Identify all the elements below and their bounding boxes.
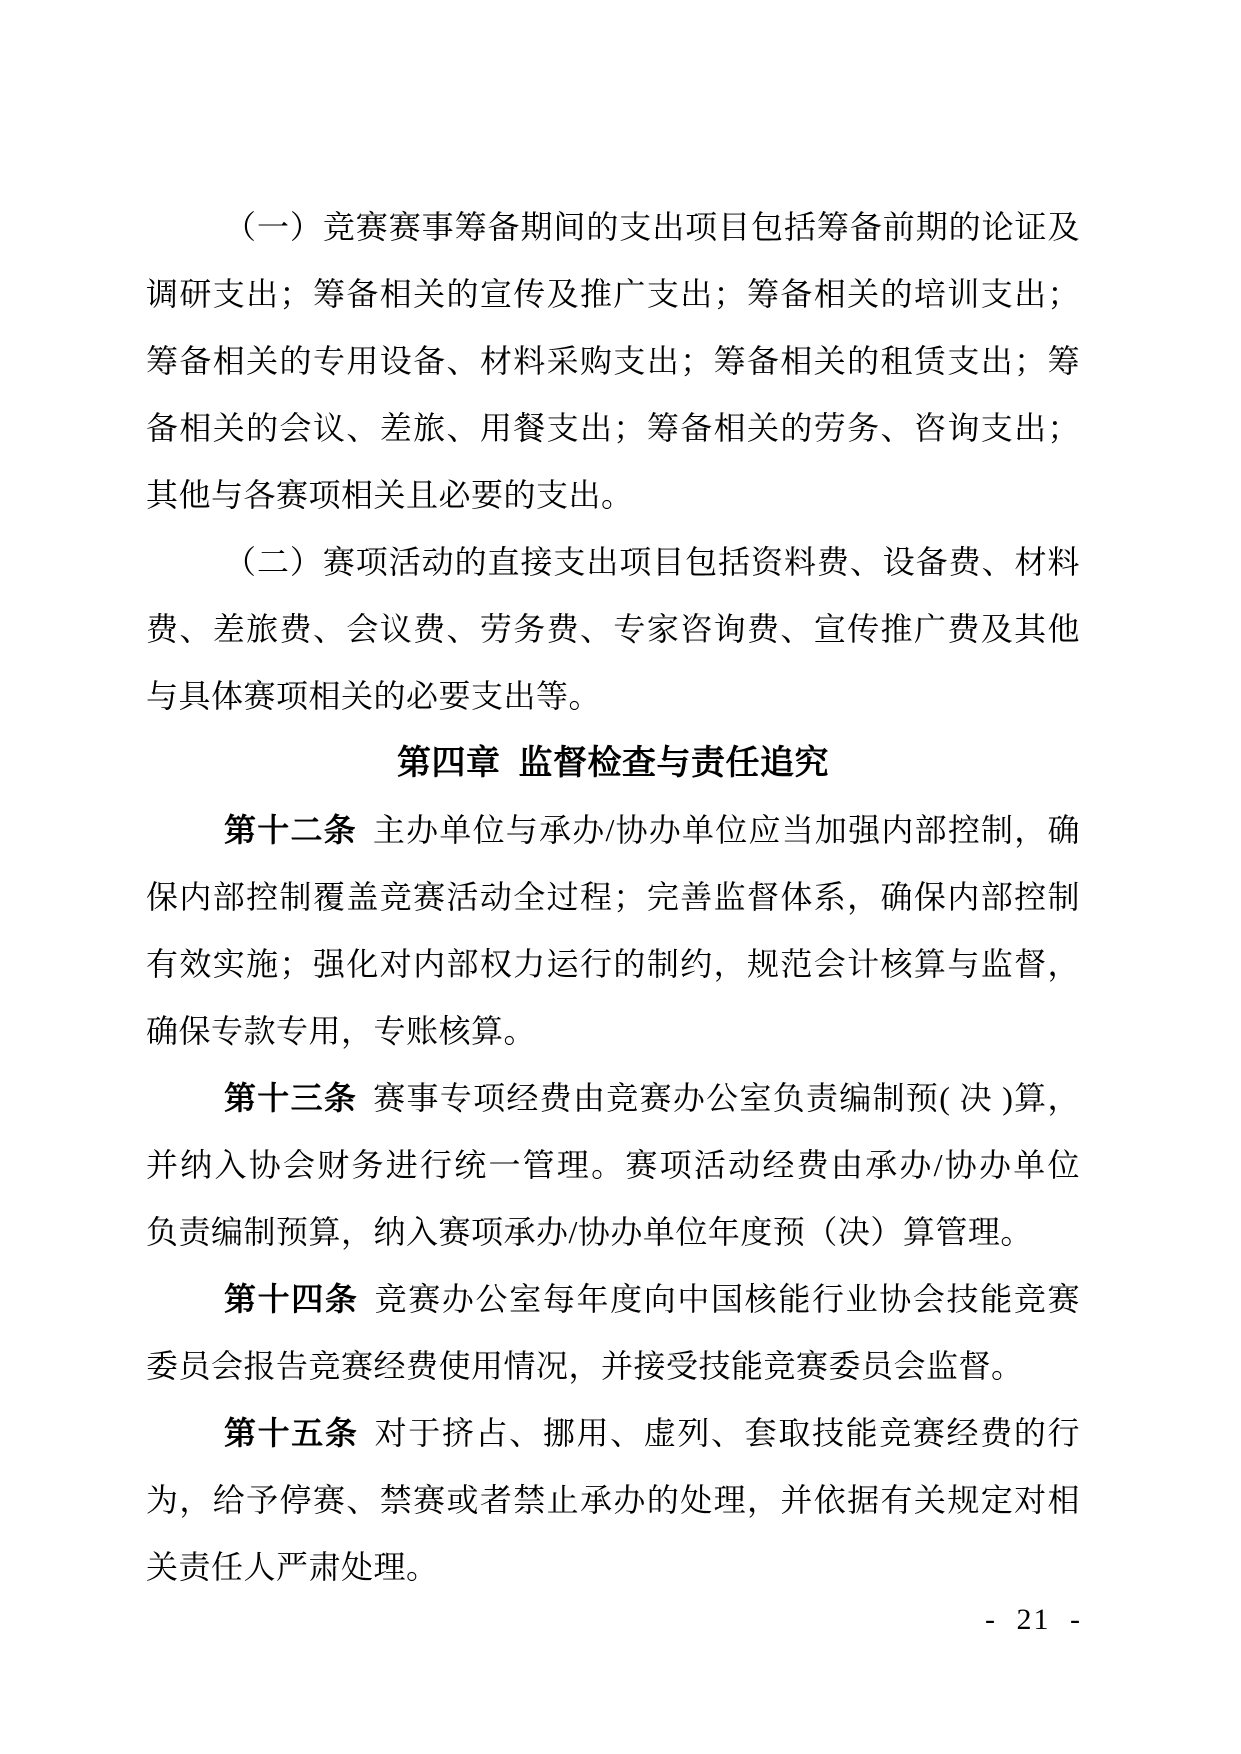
chapter-title: 监督检查与责任追究 <box>519 744 830 782</box>
chapter-heading: 第四章监督检查与责任追究 <box>146 730 1080 797</box>
text-line-content: 对于挤占、挪用、虚列、套取技能竞赛经费的行 <box>375 1415 1080 1451</box>
text-line: 保内部控制覆盖竞赛活动全过程；完善监督体系，确保内部控制 <box>146 864 1080 931</box>
text-line: 其他与各赛项相关且必要的支出。 <box>146 462 1080 529</box>
article-number-label: 第十三条 <box>224 1080 357 1116</box>
text-line: 筹备相关的专用设备、材料采购支出；筹备相关的租赁支出；筹 <box>146 328 1080 395</box>
text-line-content: 赛事专项经费由竞赛办公室负责编制预( 决 )算， <box>373 1080 1080 1116</box>
text-line: 关责任人严肃处理。 <box>146 1534 1080 1601</box>
text-line: （二）赛项活动的直接支出项目包括资料费、设备费、材料 <box>146 529 1080 596</box>
article-number-label: 第十二条 <box>224 812 357 848</box>
text-line: 费、差旅费、会议费、劳务费、专家咨询费、宣传推广费及其他 <box>146 596 1080 663</box>
paragraph: 第十四条竞赛办公室每年度向中国核能行业协会技能竞赛委员会报告竞赛经费使用情况，并… <box>146 1266 1080 1400</box>
text-line: 备相关的会议、差旅、用餐支出；筹备相关的劳务、咨询支出； <box>146 395 1080 462</box>
page-number: - 21 - <box>985 1600 1082 1640</box>
text-line: 有效实施；强化对内部权力运行的制约，规范会计核算与监督， <box>146 931 1080 998</box>
text-line-content: 竞赛办公室每年度向中国核能行业协会技能竞赛 <box>375 1281 1080 1317</box>
text-line: 并纳入协会财务进行统一管理。赛项活动经费由承办/协办单位 <box>146 1132 1080 1199</box>
text-line: 第十三条赛事专项经费由竞赛办公室负责编制预( 决 )算， <box>146 1065 1080 1132</box>
text-line-content: 主办单位与承办/协办单位应当加强内部控制，确 <box>373 812 1080 848</box>
text-line: 负责编制预算，纳入赛项承办/协办单位年度预（决）算管理。 <box>146 1199 1080 1266</box>
paragraph: 第十二条主办单位与承办/协办单位应当加强内部控制，确保内部控制覆盖竞赛活动全过程… <box>146 797 1080 1065</box>
text-line: 为，给予停赛、禁赛或者禁止承办的处理，并依据有关规定对相 <box>146 1467 1080 1534</box>
text-line: 委员会报告竞赛经费使用情况，并接受技能竞赛委员会监督。 <box>146 1333 1080 1400</box>
article-number-label: 第十四条 <box>224 1281 359 1317</box>
article-number-label: 第十五条 <box>224 1415 359 1451</box>
paragraph: 第十三条赛事专项经费由竞赛办公室负责编制预( 决 )算，并纳入协会财务进行统一管… <box>146 1065 1080 1266</box>
document-body: （一）竞赛赛事筹备期间的支出项目包括筹备前期的论证及调研支出；筹备相关的宣传及推… <box>146 194 1080 1601</box>
chapter-number: 第四章 <box>397 744 501 782</box>
chapter-heading-line: 第四章监督检查与责任追究 <box>146 730 1080 797</box>
text-line: 确保专款专用，专账核算。 <box>146 998 1080 1065</box>
document-page: （一）竞赛赛事筹备期间的支出项目包括筹备前期的论证及调研支出；筹备相关的宣传及推… <box>0 0 1241 1754</box>
paragraph: （一）竞赛赛事筹备期间的支出项目包括筹备前期的论证及调研支出；筹备相关的宣传及推… <box>146 194 1080 529</box>
text-line: （一）竞赛赛事筹备期间的支出项目包括筹备前期的论证及 <box>146 194 1080 261</box>
text-line: 与具体赛项相关的必要支出等。 <box>146 663 1080 730</box>
paragraph: （二）赛项活动的直接支出项目包括资料费、设备费、材料费、差旅费、会议费、劳务费、… <box>146 529 1080 730</box>
text-line: 第十五条对于挤占、挪用、虚列、套取技能竞赛经费的行 <box>146 1400 1080 1467</box>
paragraph: 第十五条对于挤占、挪用、虚列、套取技能竞赛经费的行为，给予停赛、禁赛或者禁止承办… <box>146 1400 1080 1601</box>
text-line: 第十二条主办单位与承办/协办单位应当加强内部控制，确 <box>146 797 1080 864</box>
text-line: 调研支出；筹备相关的宣传及推广支出；筹备相关的培训支出； <box>146 261 1080 328</box>
text-line: 第十四条竞赛办公室每年度向中国核能行业协会技能竞赛 <box>146 1266 1080 1333</box>
